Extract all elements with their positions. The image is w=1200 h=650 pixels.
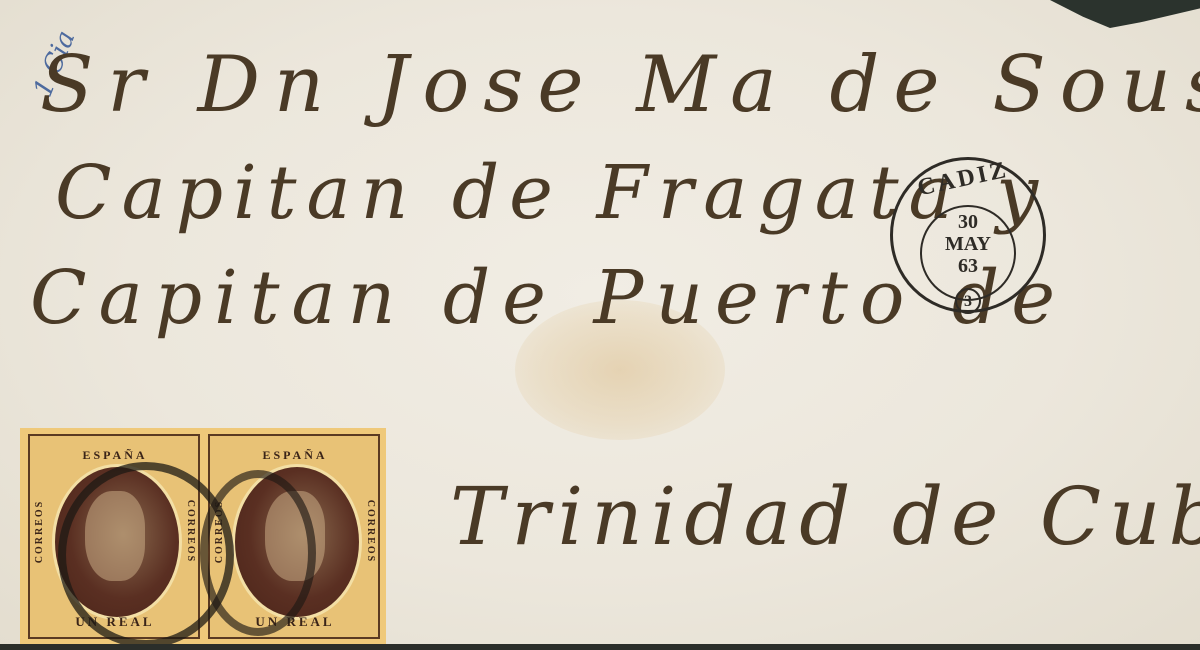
stamp-country: ESPAÑA (50, 448, 180, 463)
postmark-year: 63 (922, 255, 1014, 277)
envelope: 1 Cia Sr Dn Jose Ma de Sousa Capitan de … (0, 0, 1200, 650)
postmark-month: MAY (922, 233, 1014, 255)
stamp-side-right: CORREOS (365, 500, 376, 563)
cancellation-mark (200, 470, 316, 636)
postmark: CADIZ 30 MAY 63 3 (890, 157, 1046, 313)
torn-corner (1050, 0, 1200, 28)
address-line-4: Trinidad de Cuba (450, 470, 1200, 563)
postmark-day: 30 (922, 211, 1014, 233)
address-line-1: Sr Dn Jose Ma de Sousa (40, 40, 1200, 130)
postmark-number: 3 (955, 288, 981, 314)
stamp-country: ESPAÑA (230, 448, 360, 463)
postmark-date: 30 MAY 63 (920, 205, 1016, 301)
bottom-edge (0, 644, 1200, 650)
stamp-side-left: CORREOS (34, 500, 45, 563)
